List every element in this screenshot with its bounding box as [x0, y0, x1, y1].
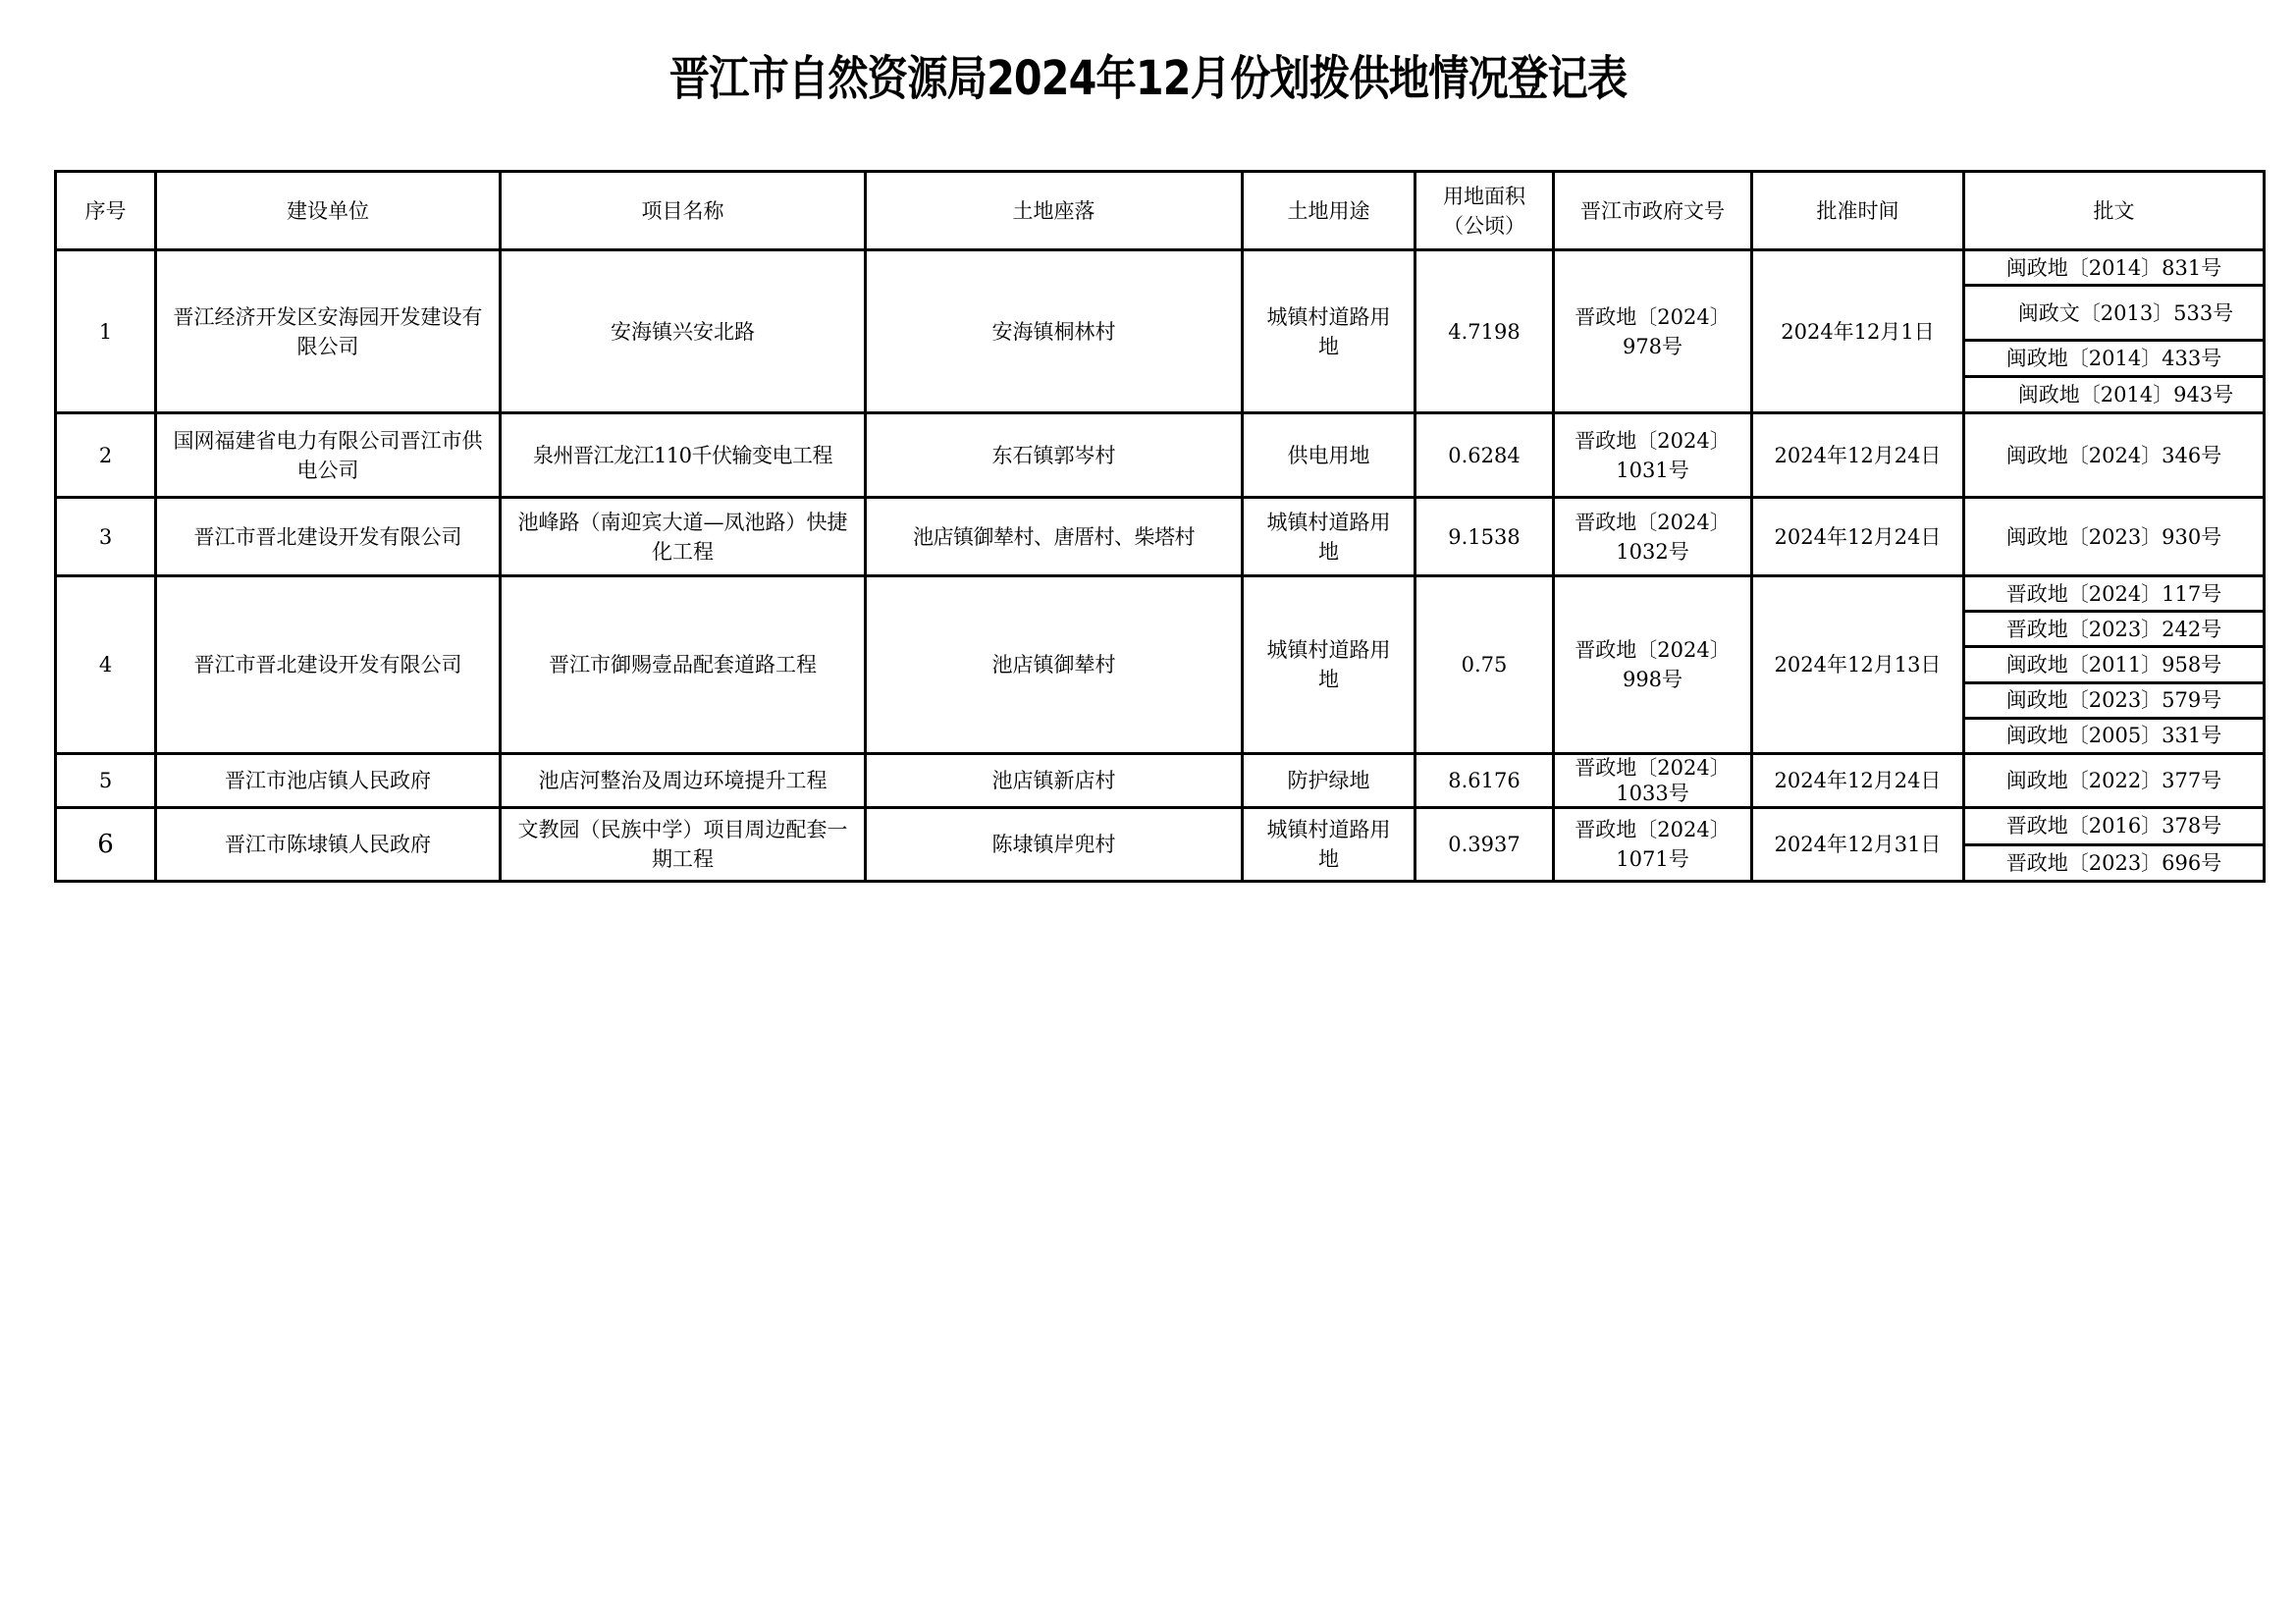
approval-ref: 闽政地〔2014〕433号 — [1965, 342, 2263, 378]
cell-doc-no: 晋政地〔2024〕1071号 — [1554, 808, 1752, 882]
cell-date: 2024年12月24日 — [1752, 498, 1964, 576]
approval-ref: 闽政地〔2024〕346号 — [1965, 443, 2263, 468]
cell-unit: 晋江市池店镇人民政府 — [156, 754, 501, 808]
cell-seq: 6 — [56, 808, 156, 882]
header-usage: 土地用途 — [1243, 172, 1415, 250]
cell-location: 安海镇桐林村 — [866, 250, 1243, 413]
cell-seq: 3 — [56, 498, 156, 576]
header-approvals: 批文 — [1964, 172, 2265, 250]
cell-date: 2024年12月24日 — [1752, 413, 1964, 498]
approval-ref: 晋政地〔2023〕242号 — [1965, 613, 2263, 648]
approval-ref: 闽政地〔2023〕930号 — [1965, 524, 2263, 550]
cell-project: 晋江市御赐壹品配套道路工程 — [501, 576, 866, 754]
header-area: 用地面积（公顷） — [1415, 172, 1554, 250]
header-project: 项目名称 — [501, 172, 866, 250]
cell-unit: 晋江经济开发区安海园开发建设有限公司 — [156, 250, 501, 413]
cell-seq: 2 — [56, 413, 156, 498]
approval-ref: 闽政地〔2014〕831号 — [1965, 251, 2263, 287]
cell-date: 2024年12月24日 — [1752, 754, 1964, 808]
approval-ref: 晋政地〔2016〕378号 — [1965, 809, 2263, 846]
cell-unit: 晋江市晋北建设开发有限公司 — [156, 576, 501, 754]
cell-location: 池店镇新店村 — [866, 754, 1243, 808]
cell-doc-no: 晋政地〔2024〕1032号 — [1554, 498, 1752, 576]
cell-seq: 4 — [56, 576, 156, 754]
cell-location: 陈埭镇岸兜村 — [866, 808, 1243, 882]
cell-date: 2024年12月13日 — [1752, 576, 1964, 754]
cell-area: 0.6284 — [1415, 413, 1554, 498]
cell-usage: 城镇村道路用地 — [1243, 808, 1415, 882]
cell-usage: 供电用地 — [1243, 413, 1415, 498]
cell-project: 池峰路（南迎宾大道—凤池路）快捷化工程 — [501, 498, 866, 576]
cell-approvals: 晋政地〔2016〕378号 晋政地〔2023〕696号 — [1964, 808, 2265, 882]
cell-doc-no: 晋政地〔2024〕998号 — [1554, 576, 1752, 754]
cell-doc-no: 晋政地〔2024〕1031号 — [1554, 413, 1752, 498]
cell-approvals: 闽政地〔2022〕377号 — [1964, 754, 2265, 808]
header-seq: 序号 — [56, 172, 156, 250]
header-unit: 建设单位 — [156, 172, 501, 250]
cell-area: 0.75 — [1415, 576, 1554, 754]
cell-area: 4.7198 — [1415, 250, 1554, 413]
land-allocation-table: 序号 建设单位 项目名称 土地座落 土地用途 用地面积（公顷） 晋江市政府文号 … — [54, 170, 2266, 883]
table-row: 5 晋江市池店镇人民政府 池店河整治及周边环境提升工程 池店镇新店村 防护绿地 … — [56, 754, 2265, 808]
cell-area: 8.6176 — [1415, 754, 1554, 808]
cell-project: 安海镇兴安北路 — [501, 250, 866, 413]
approval-ref: 闽政地〔2023〕579号 — [1965, 684, 2263, 720]
table-header-row: 序号 建设单位 项目名称 土地座落 土地用途 用地面积（公顷） 晋江市政府文号 … — [56, 172, 2265, 250]
cell-project: 泉州晋江龙江110千伏输变电工程 — [501, 413, 866, 498]
table-row: 2 国网福建省电力有限公司晋江市供电公司 泉州晋江龙江110千伏输变电工程 东石… — [56, 413, 2265, 498]
approval-ref: 晋政地〔2023〕696号 — [1965, 846, 2263, 881]
approval-ref: 闽政地〔2005〕331号 — [1965, 720, 2263, 752]
cell-seq: 5 — [56, 754, 156, 808]
table-row: 6 晋江市陈埭镇人民政府 文教园（民族中学）项目周边配套一期工程 陈埭镇岸兜村 … — [56, 808, 2265, 882]
cell-usage: 城镇村道路用地 — [1243, 576, 1415, 754]
cell-project: 池店河整治及周边环境提升工程 — [501, 754, 866, 808]
cell-area: 0.3937 — [1415, 808, 1554, 882]
table-row: 1 晋江经济开发区安海园开发建设有限公司 安海镇兴安北路 安海镇桐林村 城镇村道… — [56, 250, 2265, 413]
cell-usage: 防护绿地 — [1243, 754, 1415, 808]
cell-approvals: 晋政地〔2024〕117号 晋政地〔2023〕242号 闽政地〔2011〕958… — [1964, 576, 2265, 754]
document-title: 晋江市自然资源局2024年12月份划拨供地情况登记表 — [161, 49, 2136, 108]
approval-ref: 闽政地〔2022〕377号 — [1965, 768, 2263, 793]
cell-approvals: 闽政地〔2024〕346号 — [1964, 413, 2265, 498]
approval-ref: 闽政地〔2011〕958号 — [1965, 648, 2263, 683]
cell-usage: 城镇村道路用地 — [1243, 498, 1415, 576]
cell-unit: 晋江市陈埭镇人民政府 — [156, 808, 501, 882]
cell-date: 2024年12月1日 — [1752, 250, 1964, 413]
approval-ref: 闽政地〔2014〕943号 — [1965, 378, 2263, 411]
header-doc-no: 晋江市政府文号 — [1554, 172, 1752, 250]
header-date: 批准时间 — [1752, 172, 1964, 250]
approval-ref: 闽政文〔2013〕533号 — [1965, 287, 2263, 342]
cell-doc-no: 晋政地〔2024〕1033号 — [1554, 754, 1752, 808]
cell-date: 2024年12月31日 — [1752, 808, 1964, 882]
table-row: 4 晋江市晋北建设开发有限公司 晋江市御赐壹品配套道路工程 池店镇御辇村 城镇村… — [56, 576, 2265, 754]
cell-unit: 国网福建省电力有限公司晋江市供电公司 — [156, 413, 501, 498]
cell-usage: 城镇村道路用地 — [1243, 250, 1415, 413]
cell-location: 池店镇御辇村 — [866, 576, 1243, 754]
cell-approvals: 闽政地〔2014〕831号 闽政文〔2013〕533号 闽政地〔2014〕433… — [1964, 250, 2265, 413]
cell-unit: 晋江市晋北建设开发有限公司 — [156, 498, 501, 576]
cell-doc-no: 晋政地〔2024〕978号 — [1554, 250, 1752, 413]
cell-location: 东石镇郭岑村 — [866, 413, 1243, 498]
cell-approvals: 闽政地〔2023〕930号 — [1964, 498, 2265, 576]
header-location: 土地座落 — [866, 172, 1243, 250]
table-row: 3 晋江市晋北建设开发有限公司 池峰路（南迎宾大道—凤池路）快捷化工程 池店镇御… — [56, 498, 2265, 576]
cell-location: 池店镇御辇村、唐厝村、柴塔村 — [866, 498, 1243, 576]
cell-area: 9.1538 — [1415, 498, 1554, 576]
cell-project: 文教园（民族中学）项目周边配套一期工程 — [501, 808, 866, 882]
approval-ref: 晋政地〔2024〕117号 — [1965, 577, 2263, 613]
cell-seq: 1 — [56, 250, 156, 413]
